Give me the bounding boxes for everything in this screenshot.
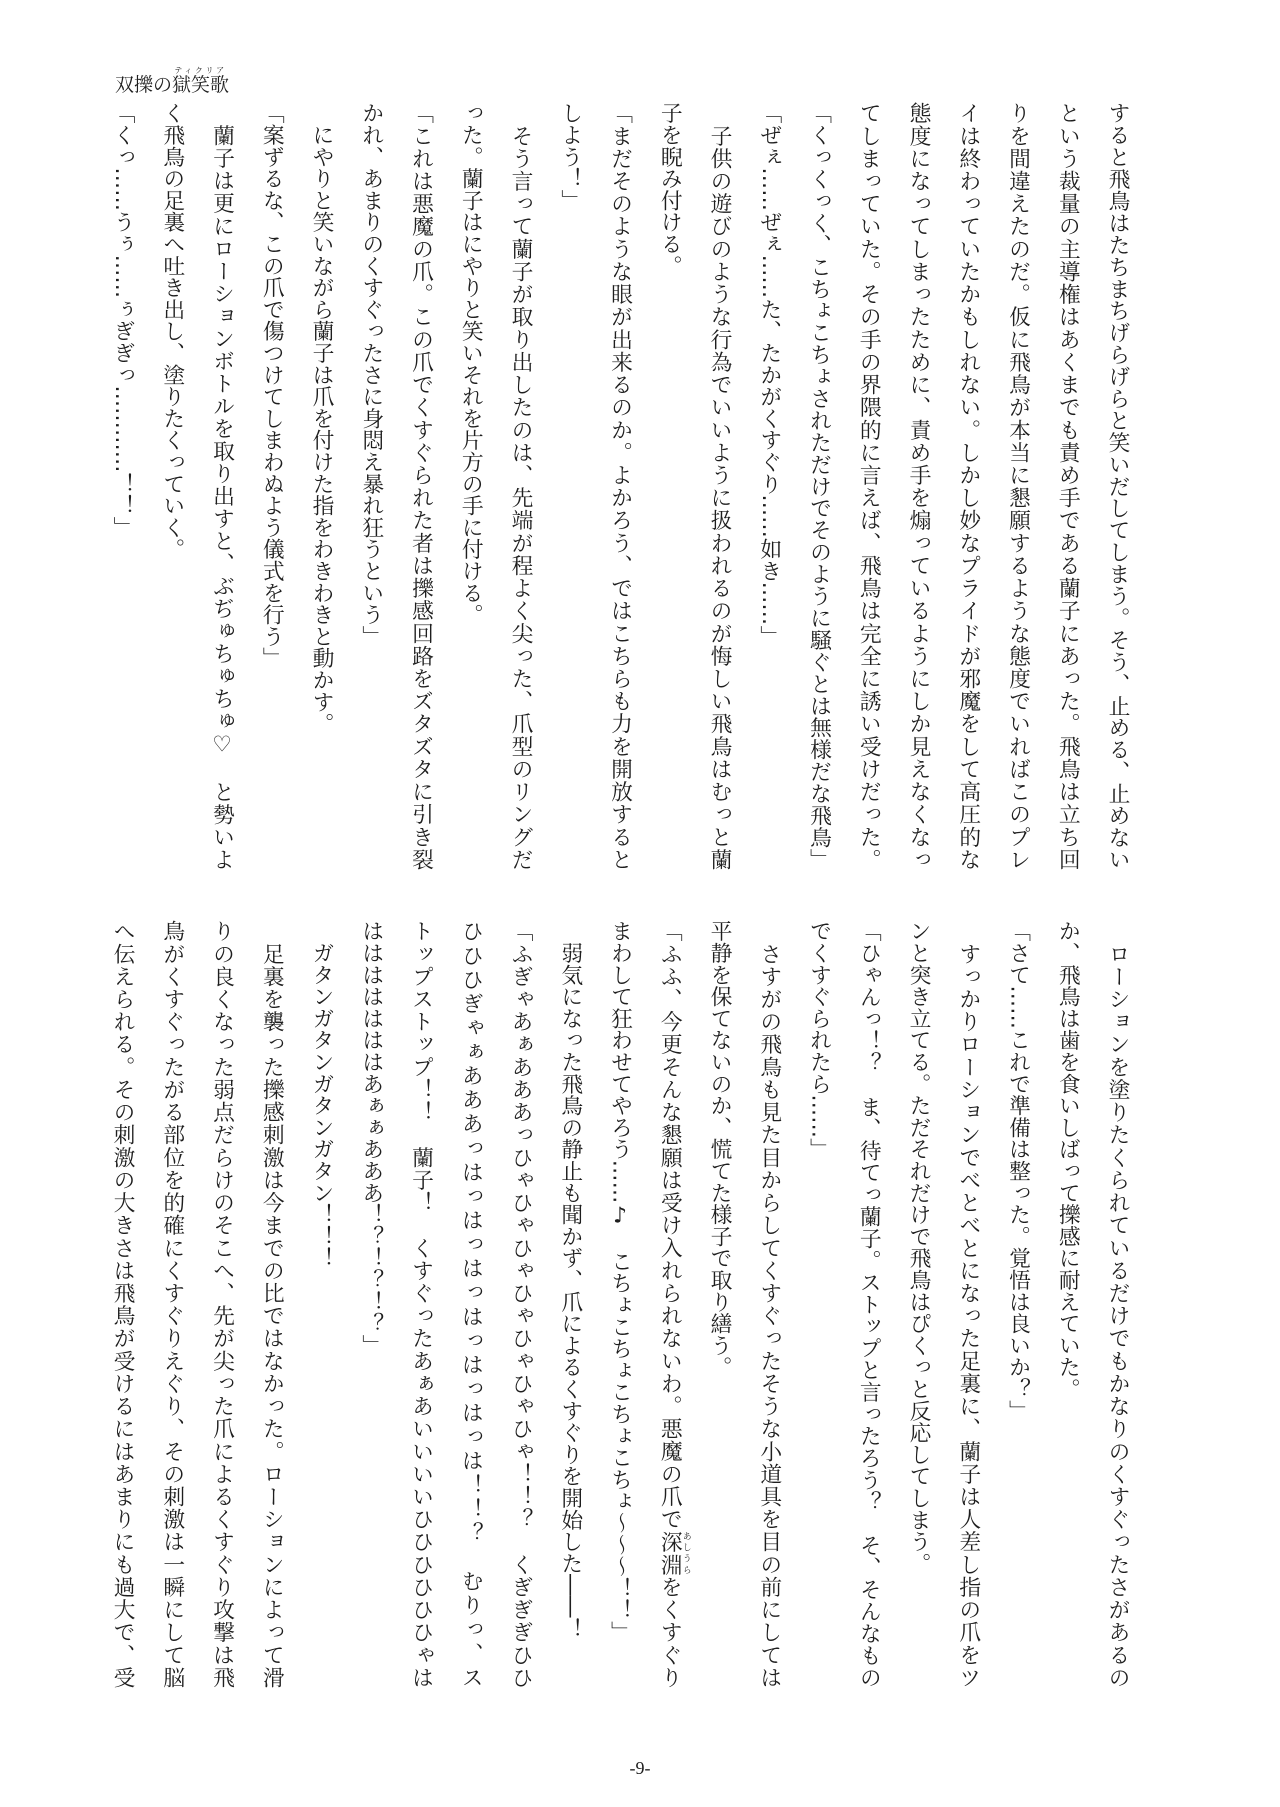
text-column: さすがの飛鳥も見た目からしてくすぐったそうな小道具を目の前にしては: [744, 920, 794, 1688]
text-column: ローションを塗りたくられているだけでもかなりのくすぐったさがあるの: [1092, 920, 1142, 1688]
running-title: 双擽の獄笑歌ティクリア: [115, 76, 229, 95]
text-column: にやりと笑いながら蘭子は爪を付けた指をわきわきと動かす。: [296, 102, 346, 870]
text-column: 「ぜぇ……ぜぇ……た、たかがくすぐり……如き……」: [744, 102, 794, 870]
lower-text-block: ローションを塗りたくられているだけでもかなりのくすぐったさがあるの か、飛鳥は歯…: [97, 920, 1142, 1688]
document-page: 双擽の獄笑歌ティクリア すると飛鳥はたちまちげらげらと笑いだしてしまう。そう、止…: [0, 0, 1280, 1807]
ruby-reading: あしうら: [681, 1531, 691, 1575]
text-column: まわして狂わせてやろう……♪ こちょこちょこちょこちょ～～～！！」: [595, 920, 645, 1688]
title-prefix: 双擽の: [115, 74, 172, 96]
text-column: 子を睨み付ける。: [645, 102, 695, 870]
text-column-with-ruby: 「ふふ、今更そんな懇願は受け入れられないわ。悪魔の爪で深淵あしうらをくすぐり: [645, 920, 695, 1688]
text-column: 「まだそのような眼が出来るのか。よかろう、ではこちらも力を開放すると: [595, 102, 645, 870]
text-column: 「くっ……うぅ……ぅぎぎっ…………！！」: [97, 102, 147, 870]
text-column: 「ふぎゃあぁあああっひゃひゃひゃひゃひゃひゃひゃ！！？ くぎぎぎひひ: [495, 920, 545, 1688]
text-column: 鳥がくすぐったがる部位を的確にくすぐりえぐり、その刺激は一瞬にして脳: [147, 920, 197, 1688]
text-column: 「ひゃんっ！？ ま、待てっ蘭子。ストップと言ったろう？ そ、そんなもの: [844, 920, 894, 1688]
text-column: 弱気になった飛鳥の静止も聞かず、爪によるくすぐりを開始した――！: [545, 920, 595, 1688]
text-column: 子供の遊びのような行為でいいように扱われるのが悔しい飛鳥はむっと蘭: [694, 102, 744, 870]
title-ruby: 獄笑歌ティクリア: [172, 76, 229, 95]
text-column: へ伝えられる。その刺激の大きさは飛鳥が受けるにはあまりにも過大で、受: [97, 920, 147, 1688]
text-column: てしまっていた。その手の界隈的に言えば、飛鳥は完全に誘い受けだった。: [844, 102, 894, 870]
text-column: 平静を保てないのか、慌てた様子で取り繕う。: [694, 920, 744, 1688]
title-ruby-reading: ティクリア: [172, 67, 229, 75]
text-column: 態度になってしまったために、責め手を煽っているようにしか見えなくなっ: [893, 102, 943, 870]
text-column: 蘭子は更にローションボトルを取り出すと、ぶぢゅちゅちゅ♡ と勢いよ: [197, 102, 247, 870]
upper-text-block: すると飛鳥はたちまちげらげらと笑いだしてしまう。そう、止める、止めない という裁…: [97, 102, 1142, 870]
text-column: ガタンガタンガタンガタン！！！: [296, 920, 346, 1688]
text-column: でくすぐられたら……」: [794, 920, 844, 1688]
text-column: という裁量の主導権はあくまでも責め手である蘭子にあった。飛鳥は立ち回: [1043, 102, 1093, 870]
page-number: -9-: [0, 1758, 1280, 1778]
text-column: った。蘭子はにやりと笑いそれを片方の手に付ける。: [446, 102, 496, 870]
text-column: か、飛鳥は歯を食いしばって擽感に耐えていた。: [1043, 920, 1093, 1688]
text-column: すると飛鳥はたちまちげらげらと笑いだしてしまう。そう、止める、止めない: [1092, 102, 1142, 870]
text-column: 「くっくっく、こちょこちょされただけでそのように騒ぐとは無様だな飛鳥」: [794, 102, 844, 870]
text-segment: 「ふふ、今更そんな懇願は受け入れられないわ。悪魔の爪で: [657, 920, 682, 1531]
text-column: はははははははあぁぁあああ！？！？！？」: [346, 920, 396, 1688]
text-segment: をくすぐり: [657, 1576, 682, 1688]
text-column: しよう！」: [545, 102, 595, 870]
text-column: そう言って蘭子が取り出したのは、先端が程よく尖った、爪型のリングだ: [495, 102, 545, 870]
text-column: 「さて……これで準備は整った。覚悟は良いか？」: [993, 920, 1043, 1688]
text-column: 「これは悪魔の爪。この爪でくすぐられた者は擽感回路をズタズタに引き裂: [396, 102, 446, 870]
text-column: ンと突き立てる。ただそれだけで飛鳥はぴくっと反応してしまう。: [893, 920, 943, 1688]
text-column: りを間違えたのだ。仮に飛鳥が本当に懇願するような態度でいればこのプレ: [993, 102, 1043, 870]
text-column: 「案ずるな、この爪で傷つけてしまわぬよう儀式を行う」: [247, 102, 297, 870]
text-column: ひひひぎゃぁあああっはっはっはっはっはっはっは！！？ むりっ、ス: [446, 920, 496, 1688]
text-column: かれ、あまりのくすぐったさに身悶え暴れ狂うという」: [346, 102, 396, 870]
text-column: 足裏を襲った擽感刺激は今までの比ではなかった。ローションによって滑: [247, 920, 297, 1688]
ruby-annotation: 深淵あしうら: [657, 1531, 682, 1576]
text-column: トップストップ！！ 蘭子！ くすぐったあぁあいいいいひひひひひひゃは: [396, 920, 446, 1688]
text-column: イは終わっていたかもしれない。しかし妙なプライドが邪魔をして高圧的な: [943, 102, 993, 870]
text-column: すっかりローションでべとべとになった足裏に、蘭子は人差し指の爪をツ: [943, 920, 993, 1688]
text-column: く飛鳥の足裏へ吐き出し、塗りたくっていく。: [147, 102, 197, 870]
title-ruby-base: 獄笑歌: [172, 74, 229, 96]
text-column: りの良くなった弱点だらけのそこへ、先が尖った爪によるくすぐり攻撃は飛: [197, 920, 247, 1688]
ruby-base: 深淵: [657, 1531, 682, 1576]
